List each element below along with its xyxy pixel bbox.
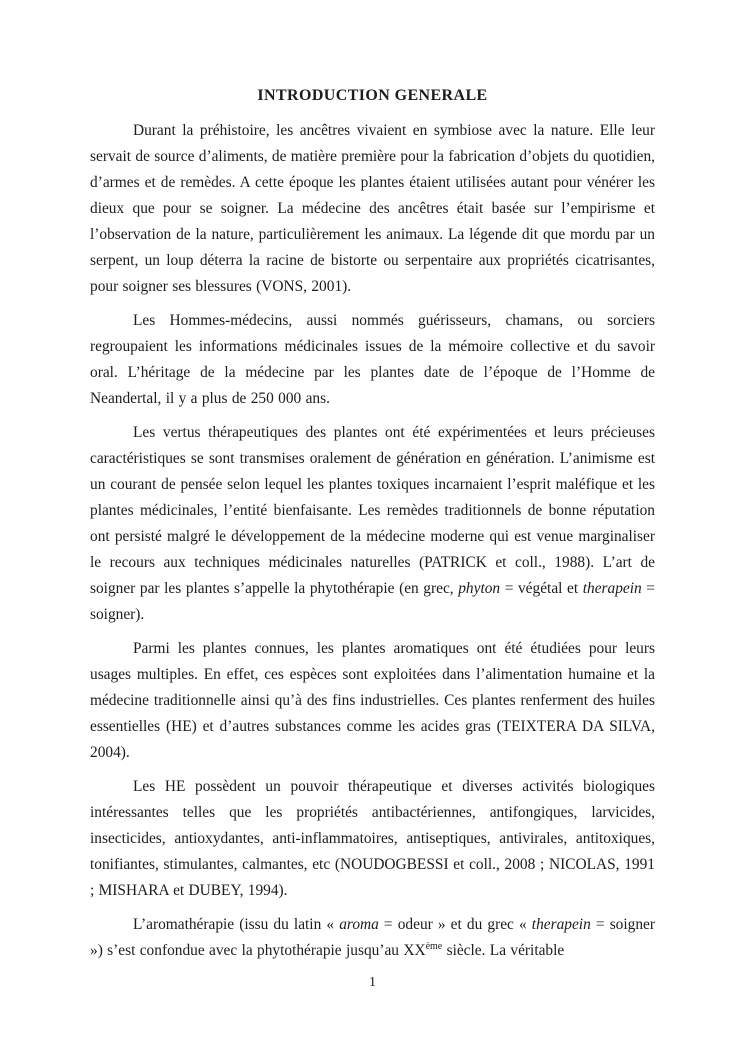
paragraph: Durant la préhistoire, les ancêtres viva… [90,118,655,300]
paragraph: Parmi les plantes connues, les plantes a… [90,636,655,766]
paragraph: Les vertus thérapeutiques des plantes on… [90,420,655,628]
document-title: INTRODUCTION GENERALE [90,87,655,105]
italic-text: therapein [532,916,591,933]
text-run: Les Hommes-médecins, aussi nommés guéris… [90,312,655,407]
text-run: = végétal et [500,580,583,597]
text-run: L’aromathérapie (issu du latin « [133,916,339,933]
text-run: = odeur » et du grec « [379,916,532,933]
paragraph: Les Hommes-médecins, aussi nommés guéris… [90,308,655,412]
text-run: Les vertus thérapeutiques des plantes on… [90,424,655,597]
paragraph: Les HE possèdent un pouvoir thérapeutiqu… [90,774,655,904]
superscript-text: ème [426,941,443,952]
text-run: siècle. La véritable [442,942,564,959]
italic-text: therapein [583,580,642,597]
italic-text: aroma [339,916,379,933]
paragraph: L’aromathérapie (issu du latin « aroma =… [90,912,655,964]
document-paragraphs: Durant la préhistoire, les ancêtres viva… [90,118,655,964]
document-content: INTRODUCTION GENERALE Durant la préhisto… [90,87,655,972]
document-page: INTRODUCTION GENERALE Durant la préhisto… [0,0,745,1053]
text-run: Durant la préhistoire, les ancêtres viva… [90,122,655,295]
page-number: 1 [0,975,745,991]
italic-text: phyton [458,580,500,597]
text-run: Les HE possèdent un pouvoir thérapeutiqu… [90,778,655,899]
text-run: Parmi les plantes connues, les plantes a… [90,640,655,761]
